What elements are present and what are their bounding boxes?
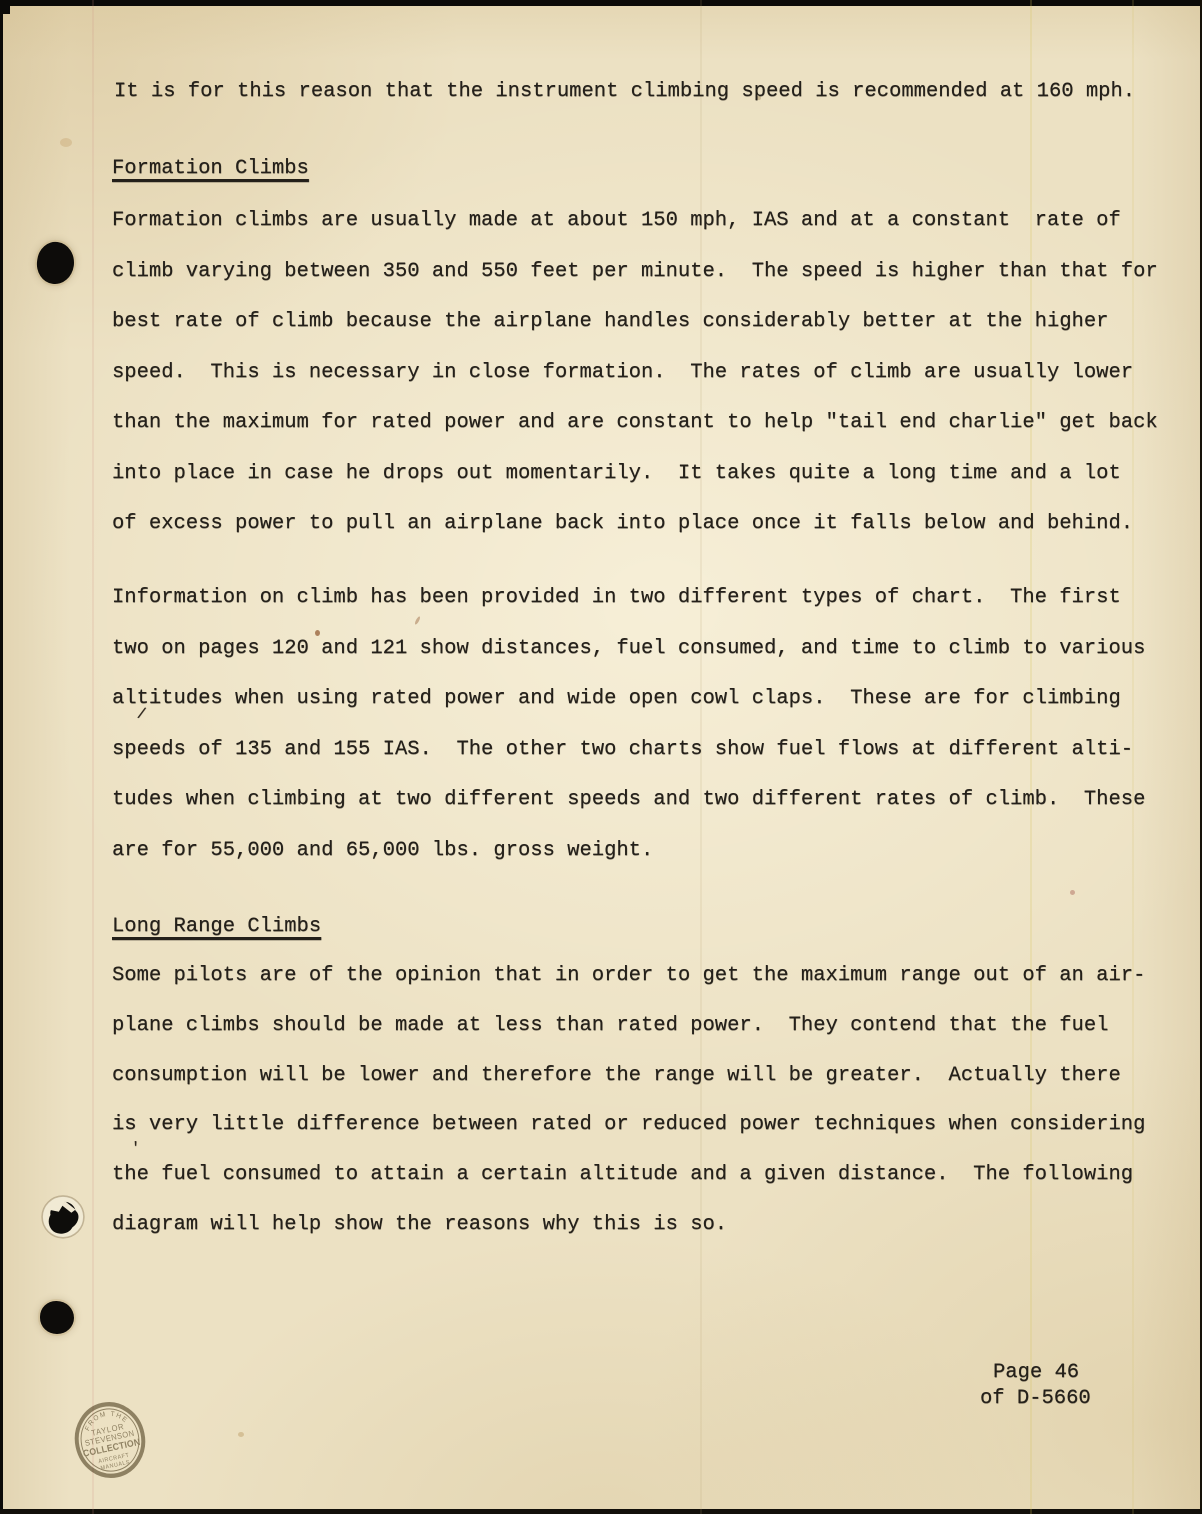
text-line: of excess power to pull an airplane back…	[112, 499, 1158, 550]
paragraph-formation-climbs: Formation climbs are usually made at abo…	[112, 196, 1158, 550]
text-line: two on pages 120 and 121 show distances,…	[112, 624, 1145, 675]
paragraph-long-range-climbs: Some pilots are of the opinion that in o…	[112, 951, 1145, 1250]
text-line: diagram will help show the reasons why t…	[112, 1200, 1145, 1250]
text-line: consumption will be lower and therefore …	[112, 1051, 1145, 1101]
page-footer: Page 46 of D-5660	[980, 1360, 1091, 1412]
paragraph-climb-charts: Information on climb has been provided i…	[112, 573, 1145, 876]
intro-line: It is for this reason that the instrumen…	[114, 67, 1135, 118]
typewritten-text-layer: It is for this reason that the instrumen…	[0, 0, 1202, 1514]
text-line: altitudes when using rated power and wid…	[112, 674, 1145, 725]
footer-page-number: Page 46	[993, 1360, 1091, 1386]
section-heading-long-range-climbs: Long Range Climbs	[112, 911, 321, 943]
scanned-manual-page: It is for this reason that the instrumen…	[0, 0, 1202, 1514]
section-heading-formation-climbs: Formation Climbs	[112, 153, 309, 185]
text-line: into place in case he drops out momentar…	[112, 449, 1158, 500]
text-line: Some pilots are of the opinion that in o…	[112, 951, 1145, 1001]
text-line: are for 55,000 and 65,000 lbs. gross wei…	[112, 826, 1145, 877]
text-line: speeds of 135 and 155 IAS. The other two…	[112, 725, 1145, 776]
text-line: Information on climb has been provided i…	[112, 573, 1145, 624]
text-line: than the maximum for rated power and are…	[112, 398, 1158, 449]
text-line: climb varying between 350 and 550 feet p…	[112, 247, 1158, 298]
stray-pen-mark: '	[131, 1140, 140, 1157]
text-line: plane climbs should be made at less than…	[112, 1001, 1145, 1051]
text-line: speed. This is necessary in close format…	[112, 348, 1158, 399]
text-line: is very little difference between rated …	[112, 1100, 1145, 1150]
text-line: best rate of climb because the airplane …	[112, 297, 1158, 348]
text-line: tudes when climbing at two different spe…	[112, 775, 1145, 826]
text-line: the fuel consumed to attain a certain al…	[112, 1150, 1145, 1200]
footer-document-number: of D-5660	[980, 1386, 1091, 1412]
text-line: Formation climbs are usually made at abo…	[112, 196, 1158, 247]
